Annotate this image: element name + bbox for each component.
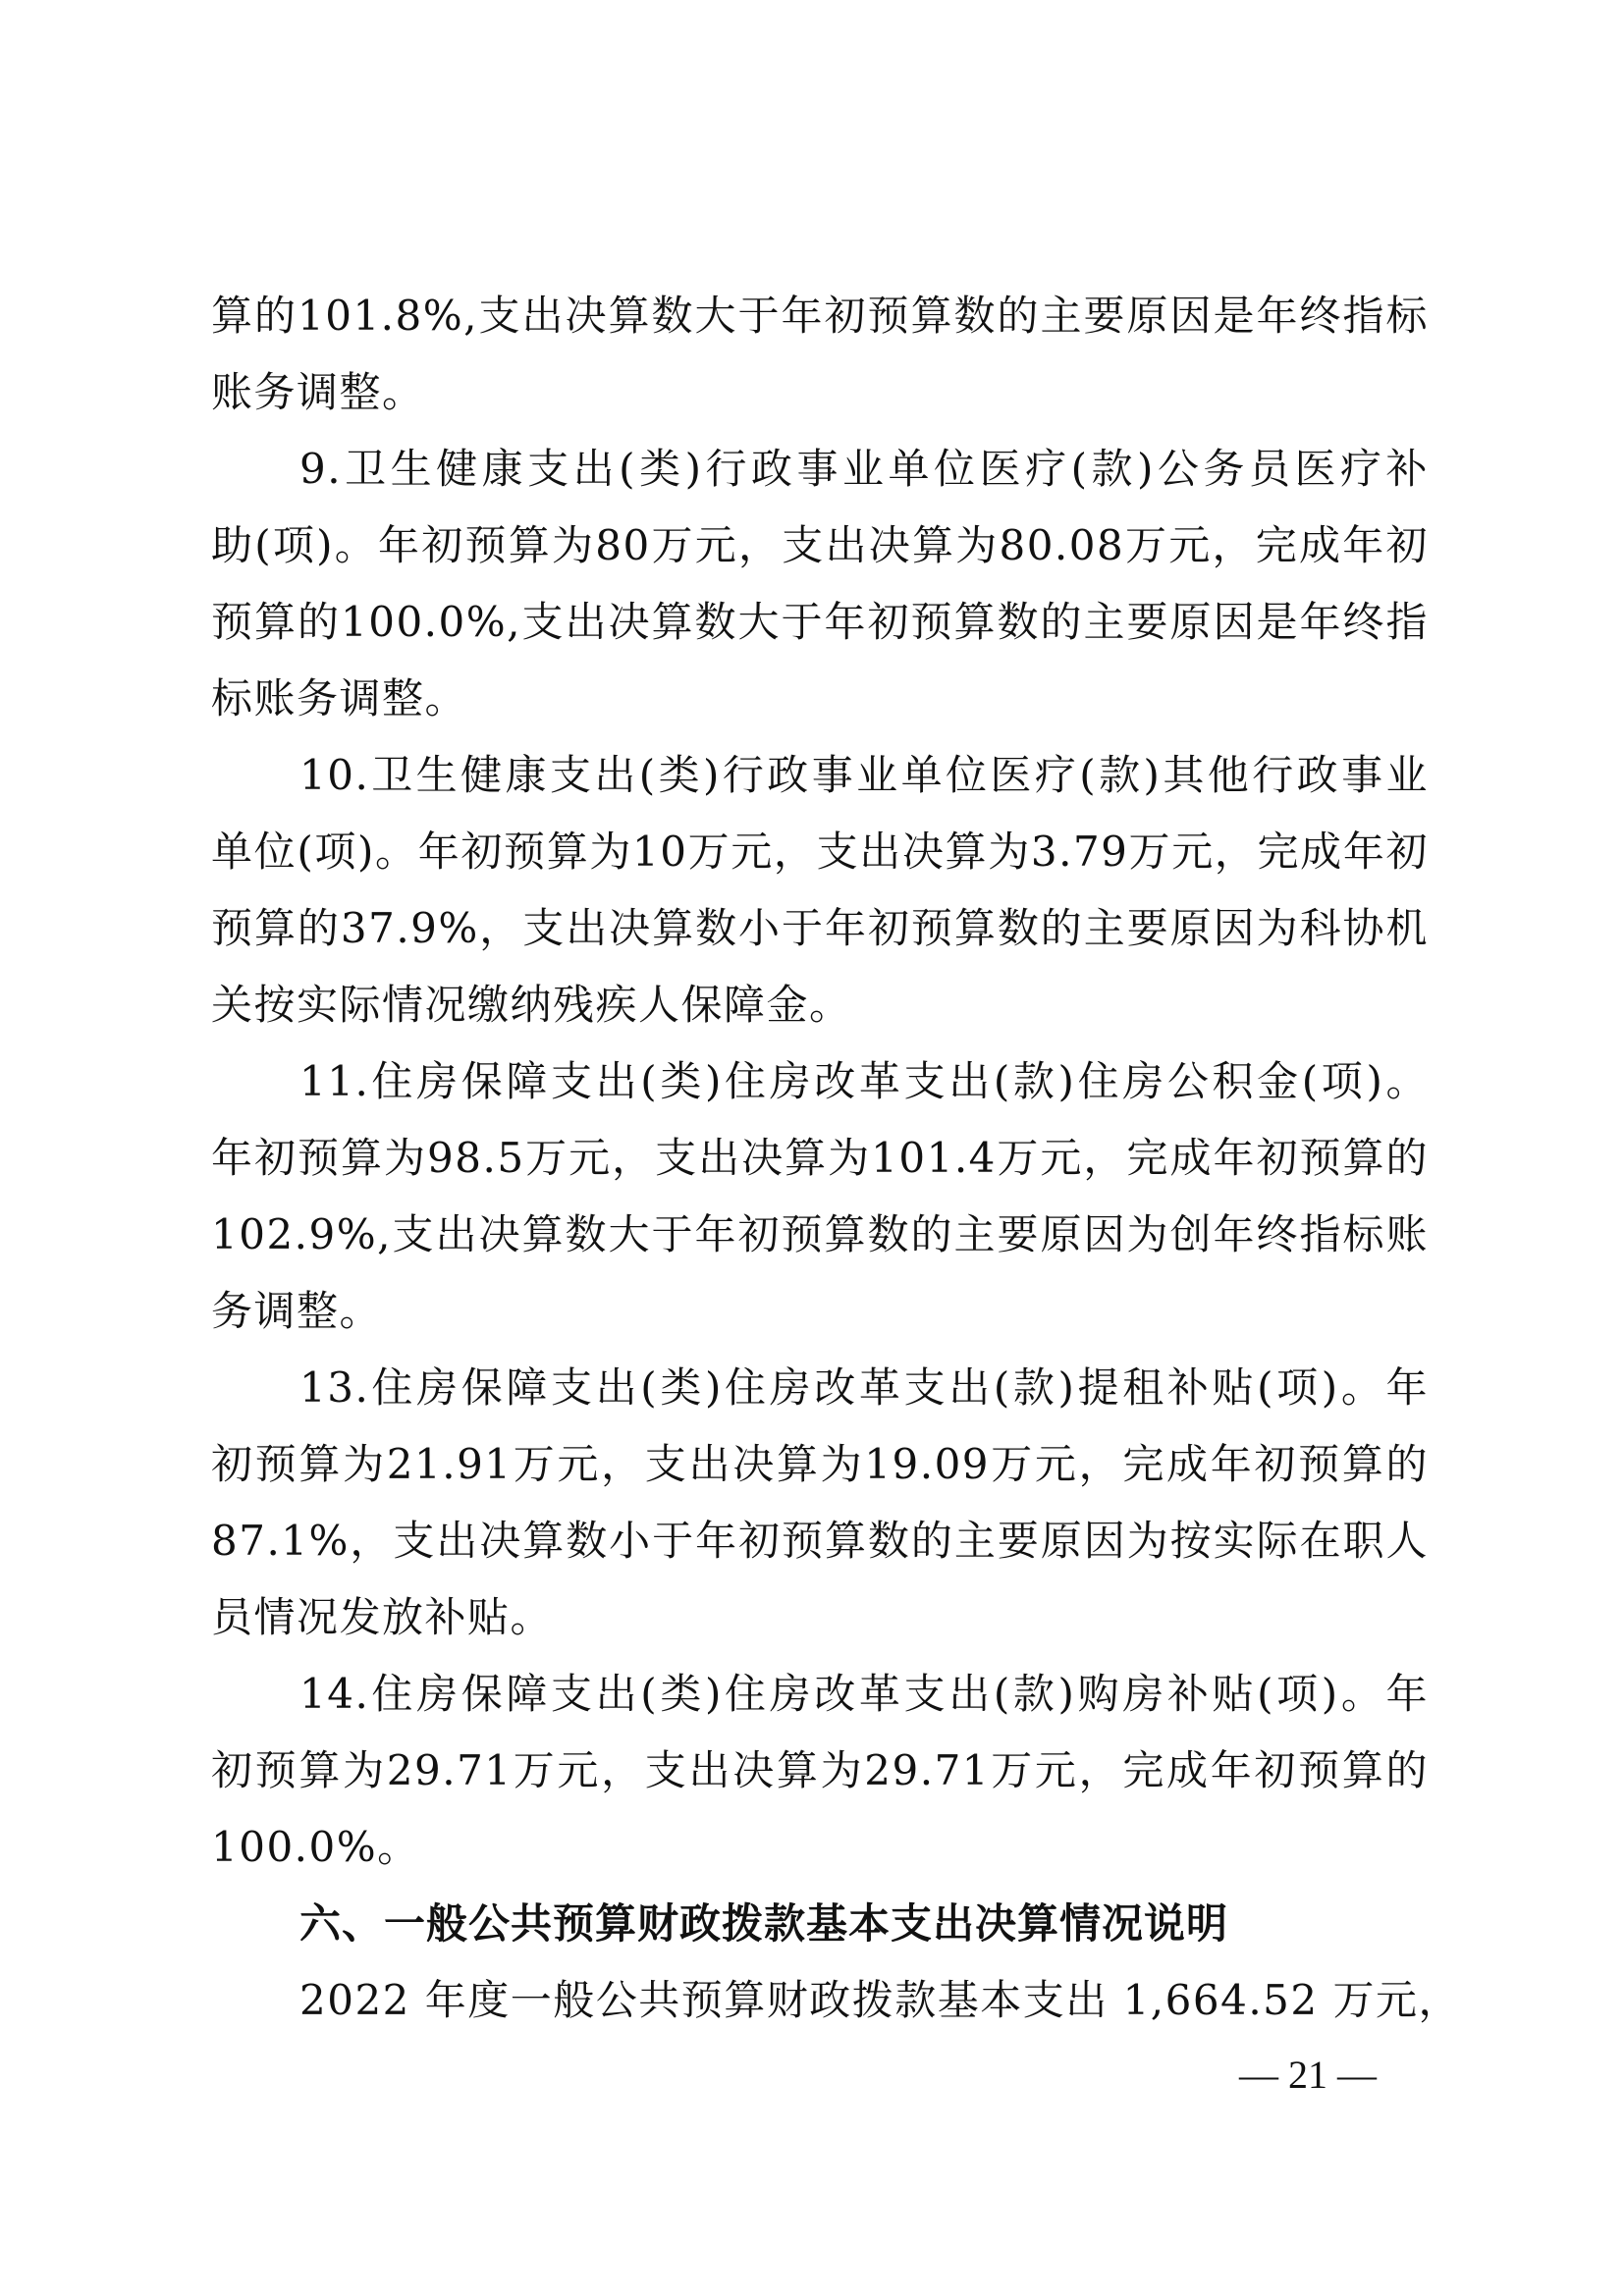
paragraph-line: 账务调整。: [211, 363, 1429, 422]
paragraph-line: 预算的100.0%,支出决算数大于年初预算数的主要原因是年终指: [211, 593, 1429, 652]
paragraph-line: 14.住房保障支出(类)住房改革支出(款)购房补贴(项)。年: [299, 1665, 1429, 1724]
paragraph-line: 初预算为29.71万元，支出决算为29.71万元，完成年初预算的: [211, 1741, 1429, 1800]
paragraph-line: 100.0%。: [211, 1818, 1429, 1877]
paragraph-line: 年初预算为98.5万元，支出决算为101.4万元，完成年初预算的: [211, 1129, 1429, 1188]
paragraph-line: 标账务调整。: [211, 669, 1429, 728]
paragraph-line: 102.9%,支出决算数大于年初预算数的主要原因为创年终指标账: [211, 1205, 1429, 1264]
paragraph-line: 11.住房保障支出(类)住房改革支出(款)住房公积金(项)。: [299, 1052, 1429, 1111]
paragraph-line: 9.卫生健康支出(类)行政事业单位医疗(款)公务员医疗补: [299, 440, 1429, 499]
paragraph-line: 算的101.8%,支出决算数大于年初预算数的主要原因是年终指标: [211, 287, 1429, 346]
paragraph-line: 87.1%，支出决算数小于年初预算数的主要原因为按实际在职人: [211, 1512, 1429, 1571]
paragraph-line: 单位(项)。年初预算为10万元，支出决算为3.79万元，完成年初: [211, 823, 1429, 881]
paragraph-line: 关按实际情况缴纳残疾人保障金。: [211, 976, 1429, 1035]
paragraph-line: 2022 年度一般公共预算财政拨款基本支出 1,664.52 万元，: [299, 1971, 1429, 2030]
paragraph-line: 10.卫生健康支出(类)行政事业单位医疗(款)其他行政事业: [299, 746, 1429, 805]
paragraph-line: 务调整。: [211, 1282, 1429, 1341]
paragraph-line: 13.住房保障支出(类)住房改革支出(款)提租补贴(项)。年: [299, 1359, 1429, 1417]
paragraph-line: 员情况发放补贴。: [211, 1588, 1429, 1647]
paragraph-line: 预算的37.9%，支出决算数小于年初预算数的主要原因为科协机: [211, 899, 1429, 958]
section-heading: 六、一般公共预算财政拨款基本支出决算情况说明: [299, 1895, 1228, 1953]
document-page: 算的101.8%,支出决算数大于年初预算数的主要原因是年终指标 账务调整。 9.…: [0, 0, 1624, 2296]
paragraph-line: 助(项)。年初预算为80万元，支出决算为80.08万元，完成年初: [211, 516, 1429, 575]
paragraph-line: 初预算为21.91万元，支出决算为19.09万元，完成年初预算的: [211, 1435, 1429, 1494]
page-number: — 21 —: [1239, 2052, 1377, 2098]
